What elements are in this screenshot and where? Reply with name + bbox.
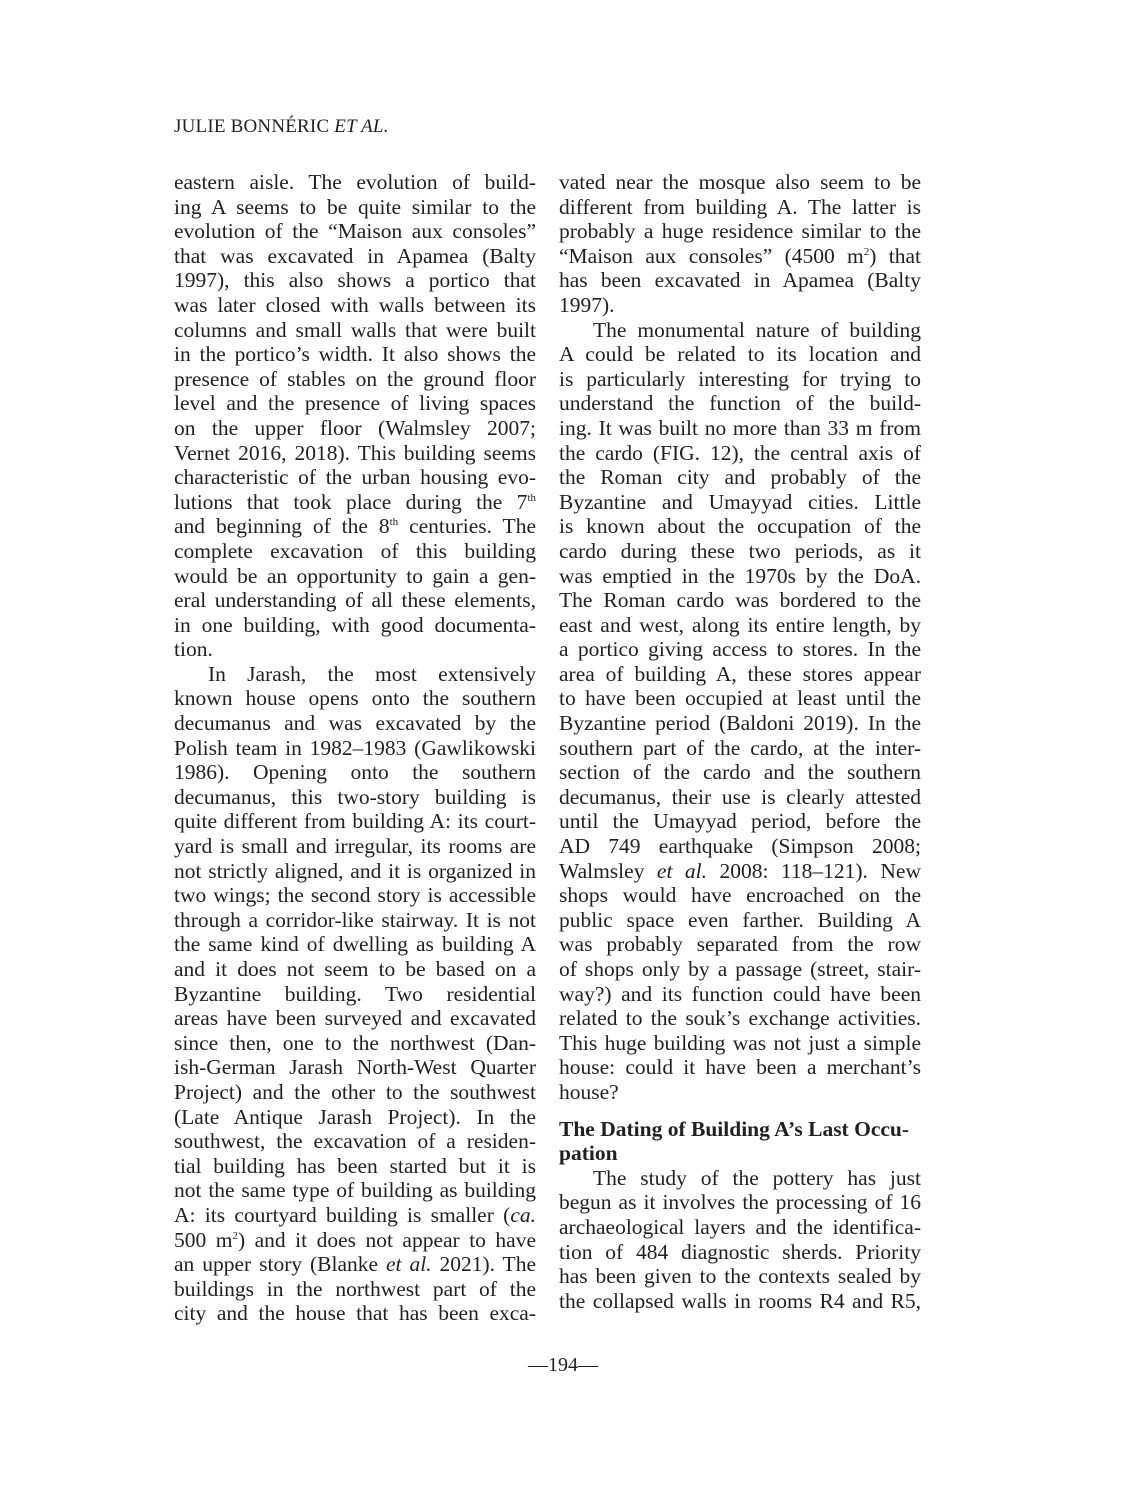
section-heading: pation [559, 1141, 921, 1166]
text-line: is particularly interesting for trying t… [559, 367, 921, 392]
text-line: was emptied in the 1970s by the DoA. [559, 564, 921, 589]
text-line: yard is small and irregular, its rooms a… [174, 834, 536, 859]
text-line: (Late Antique Jarash Project). In the [174, 1105, 536, 1130]
paragraph-start-line: In Jarash, the most extensively [174, 662, 536, 687]
text-line: Byzantine building. Two residential [174, 982, 536, 1007]
text-line: since then, one to the northwest (Dan- [174, 1031, 536, 1056]
text-line: The Roman cardo was bordered to the [559, 588, 921, 613]
italic-et-al: et al. [386, 1252, 432, 1276]
text-line: ing A seems to be quite similar to the [174, 195, 536, 220]
text-line: cardo during these two periods, as it [559, 539, 921, 564]
text-line: house? [559, 1080, 921, 1105]
text-line: decumanus and was excavated by the [174, 711, 536, 736]
text-line: archaeological layers and the identifica… [559, 1215, 921, 1240]
text-line: understand the function of the build- [559, 391, 921, 416]
text-line: public space even farther. Building A [559, 908, 921, 933]
text-line: eral understanding of all these elements… [174, 588, 536, 613]
text-line: Polish team in 1982–1983 (Gawlikowski [174, 736, 536, 761]
text-line: Project) and the other to the southwest [174, 1080, 536, 1105]
text-line: A could be related to its location and [559, 342, 921, 367]
text-line: way?) and its function could have been [559, 982, 921, 1007]
text-line: AD 749 earthquake (Simpson 2008; [559, 834, 921, 859]
right-column: vated near the mosque also seem to be di… [559, 170, 921, 1313]
paragraph-start-line: The monumental nature of building [559, 318, 921, 343]
text-line: is known about the occupation of the [559, 514, 921, 539]
text-line: evolution of the “Maison aux consoles” [174, 219, 536, 244]
text-line: 500 m2) and it does not appear to have [174, 1228, 536, 1253]
text-line: known house opens onto the southern [174, 686, 536, 711]
text-line: areas have been surveyed and excavated [174, 1006, 536, 1031]
text-line: the same kind of dwelling as building A [174, 932, 536, 957]
text-line: not strictly aligned, and it is organize… [174, 859, 536, 884]
text-line: and beginning of the 8th centuries. The [174, 514, 536, 539]
superscript: th [527, 492, 536, 504]
text-line: of shops only by a passage (street, stai… [559, 957, 921, 982]
text-line: tial building has been started but it is [174, 1154, 536, 1179]
text-line: quite different from building A: its cou… [174, 809, 536, 834]
text-line: was probably separated from the row [559, 932, 921, 957]
text-line: probably a huge residence similar to the [559, 219, 921, 244]
text-line: in the portico’s width. It also shows th… [174, 342, 536, 367]
text-line: a portico giving access to stores. In th… [559, 637, 921, 662]
text-line: tion of 484 diagnostic sherds. Priority [559, 1240, 921, 1265]
text-line: 1986). Opening onto the southern [174, 760, 536, 785]
text-line: in one building, with good documenta- [174, 613, 536, 638]
paragraph-start-line: The study of the pottery has just [559, 1166, 921, 1191]
text-line: Walmsley et al. 2008: 118–121). New [559, 859, 921, 884]
text-line: until the Umayyad period, before the [559, 809, 921, 834]
text-line: decumanus, this two-story building is [174, 785, 536, 810]
text-line: ing. It was built no more than 33 m from [559, 416, 921, 441]
running-head: JULIE BONNÉRIC ET AL. [174, 116, 389, 138]
italic-et-al: et al. [657, 859, 707, 883]
text-line: east and west, along its entire length, … [559, 613, 921, 638]
text-line: shops would have encroached on the [559, 883, 921, 908]
text-line: has been excavated in Apamea (Balty [559, 268, 921, 293]
text-line: presence of stables on the ground floor [174, 367, 536, 392]
text-line: Vernet 2016, 2018). This building seems [174, 441, 536, 466]
text-line: tion. [174, 637, 536, 662]
text-line: section of the cardo and the southern [559, 760, 921, 785]
text-line: the collapsed walls in rooms R4 and R5, [559, 1289, 921, 1314]
text-line: southern part of the cardo, at the inter… [559, 736, 921, 761]
text-line: through a corridor-like stairway. It is … [174, 908, 536, 933]
text-line: related to the souk’s exchange activitie… [559, 1006, 921, 1031]
text-line: Byzantine period (Baldoni 2019). In the [559, 711, 921, 736]
text-line: was later closed with walls between its [174, 293, 536, 318]
text-line: city and the house that has been exca- [174, 1301, 536, 1326]
text-line: an upper story (Blanke et al. 2021). The [174, 1252, 536, 1277]
text-line: to have been occupied at least until the [559, 686, 921, 711]
text-line: 1997). [559, 293, 921, 318]
text-line: complete excavation of this building [174, 539, 536, 564]
text-line: Byzantine and Umayyad cities. Little [559, 490, 921, 515]
text-line: that was excavated in Apamea (Balty [174, 244, 536, 269]
text-line: characteristic of the urban housing evo- [174, 465, 536, 490]
text-line: the cardo (FIG. 12), the central axis of [559, 441, 921, 466]
section-heading: The Dating of Building A’s Last Occu- [559, 1117, 921, 1142]
text-line: level and the presence of living spaces [174, 391, 536, 416]
text-line: area of building A, these stores appear [559, 662, 921, 687]
text-line: lutions that took place during the 7th [174, 490, 536, 515]
text-line: buildings in the northwest part of the [174, 1277, 536, 1302]
text-line: the Roman city and probably of the [559, 465, 921, 490]
left-column: eastern aisle. The evolution of build- i… [174, 170, 536, 1326]
page-number: —194— [0, 1354, 1126, 1377]
text-line: decumanus, their use is clearly attested [559, 785, 921, 810]
text-line: columns and small walls that were built [174, 318, 536, 343]
italic-ca: ca. [510, 1203, 536, 1227]
text-line: eastern aisle. The evolution of build- [174, 170, 536, 195]
author-name: JULIE BONNÉRIC [174, 116, 329, 137]
text-line: and it does not seem to be based on a [174, 957, 536, 982]
et-al: ET AL. [334, 116, 388, 137]
section-spacer [559, 1105, 921, 1117]
text-line: vated near the mosque also seem to be [559, 170, 921, 195]
text-line: not the same type of building as buildin… [174, 1178, 536, 1203]
text-line: A: its courtyard building is smaller (ca… [174, 1203, 536, 1228]
text-line: would be an opportunity to gain a gen- [174, 564, 536, 589]
text-line: ish-German Jarash North-West Quarter [174, 1055, 536, 1080]
text-line: on the upper floor (Walmsley 2007; [174, 416, 536, 441]
text-line: southwest, the excavation of a residen- [174, 1129, 536, 1154]
text-line: house: could it have been a merchant’s [559, 1055, 921, 1080]
text-line: has been given to the contexts sealed by [559, 1264, 921, 1289]
text-line: different from building A. The latter is [559, 195, 921, 220]
text-line: two wings; the second story is accessibl… [174, 883, 536, 908]
text-line: 1997), this also shows a portico that [174, 268, 536, 293]
text-line: This huge building was not just a simple [559, 1031, 921, 1056]
text-line: begun as it involves the processing of 1… [559, 1190, 921, 1215]
superscript: th [390, 516, 399, 528]
text-line: “Maison aux consoles” (4500 m2) that [559, 244, 921, 269]
